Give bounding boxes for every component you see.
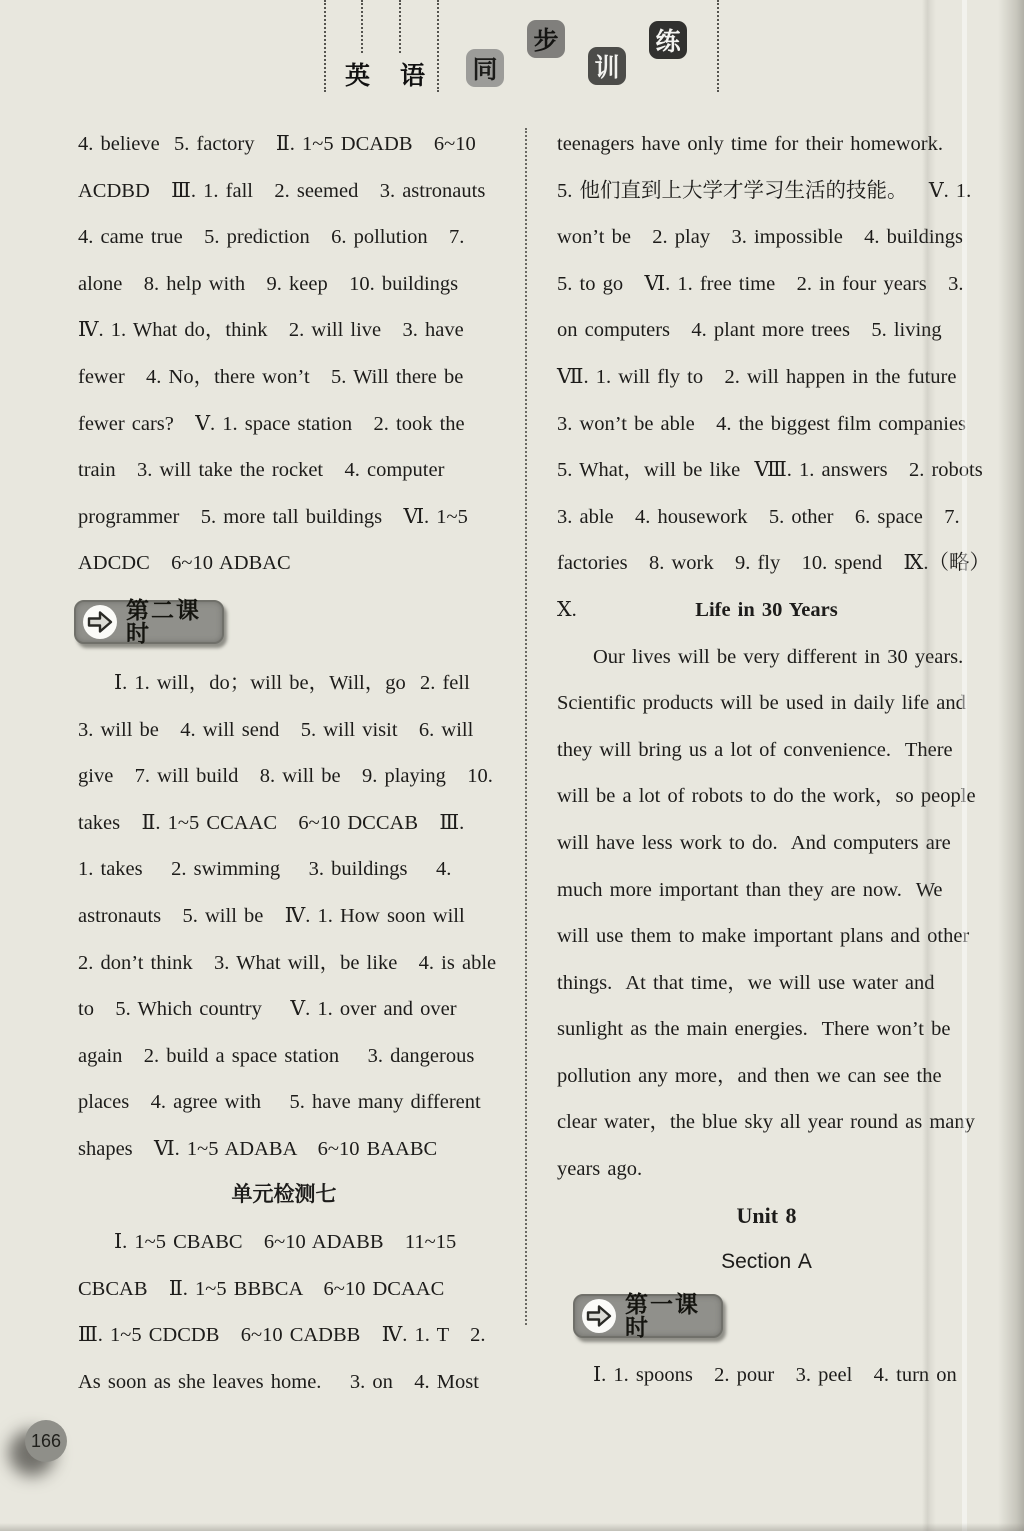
series-badge: 练: [649, 21, 687, 59]
answer-line: 3. will be 4. will send 5. will visit 6.…: [78, 707, 490, 754]
header-dotted-rule: [399, 0, 401, 53]
right-column-block-b: Ⅰ. 1. spoons 2. pour 3. peel 4. turn on: [557, 1352, 976, 1399]
answer-line: Ⅰ. 1. will，do；will be，Will，go 2. fell: [78, 660, 490, 707]
page-right-edge-shadow: [998, 0, 1024, 1531]
answer-line: astronauts 5. will be Ⅳ. 1. How soon wil…: [78, 893, 490, 940]
right-column: teenagers have only time for their homew…: [557, 121, 976, 1398]
page-crease: [922, 0, 936, 1531]
answer-line: fewer 4. No，there won’t 5. Will there be: [78, 354, 490, 401]
essay-title-text: Life in 30 Years: [695, 599, 837, 621]
series-badge: 训: [588, 47, 626, 85]
unit-test-heading: 单元检测七: [78, 1172, 490, 1219]
answer-line: alone 8. help with 9. keep 10. buildings: [78, 261, 490, 308]
series-badge: 步: [527, 20, 565, 58]
answer-line: 4. believe 5. factory Ⅱ. 1~5 DCADB 6~10: [78, 121, 490, 168]
series-badge: 同: [466, 49, 504, 87]
unit-heading: Unit 8: [557, 1193, 976, 1240]
arrow-right-icon: [581, 1298, 617, 1334]
answer-line: won’t be 2. play 3. impossible 4. buildi…: [557, 214, 976, 261]
answer-line: fewer cars? Ⅴ. 1. space station 2. took …: [78, 401, 490, 448]
lesson-1-badge: 第一课时: [573, 1294, 723, 1338]
page-crease-highlight: [962, 0, 967, 1531]
answer-line: sunlight as the main energies. There won…: [557, 1006, 976, 1053]
book-subject-title: 英 语: [345, 56, 425, 92]
lesson-2-badge-label: 第二课时: [126, 599, 222, 645]
page-bottom-edge-shadow: [0, 1523, 1024, 1531]
header-dotted-rule: [717, 0, 719, 92]
answer-line: 5. What，will be like Ⅷ. 1. answers 2. ro…: [557, 447, 976, 494]
answer-line: shapes Ⅵ. 1~5 ADABA 6~10 BAABC: [78, 1126, 490, 1173]
lesson-2-badge: 第二课时: [74, 600, 224, 644]
header-dotted-rule: [361, 0, 363, 53]
right-column-block-a: teenagers have only time for their homew…: [557, 121, 976, 1286]
answer-line: Ⅰ. 1~5 CBABC 6~10 ADABB 11~15: [78, 1219, 490, 1266]
answer-line: will have less work to do. And computers…: [557, 820, 976, 867]
essay-title: Ⅹ.Life in 30 Years: [557, 587, 976, 634]
answer-line: Our lives will be very different in 30 y…: [557, 634, 976, 681]
left-column-block-b: Ⅰ. 1. will，do；will be，Will，go 2. fell3. …: [78, 660, 490, 1406]
answer-line: teenagers have only time for their homew…: [557, 121, 976, 168]
answer-line: 2. don’t think 3. What will，be like 4. i…: [78, 940, 490, 987]
header-dotted-rule: [437, 0, 439, 92]
answer-line: ADCDC 6~10 ADBAC: [78, 540, 490, 587]
answer-line: ACDBD Ⅲ. 1. fall 2. seemed 3. astronauts: [78, 168, 490, 215]
answer-line: 3. able 4. housework 5. other 6. space 7…: [557, 494, 976, 541]
answer-line: Ⅰ. 1. spoons 2. pour 3. peel 4. turn on: [557, 1352, 976, 1399]
answer-line: takes Ⅱ. 1~5 CCAAC 6~10 DCCAB Ⅲ.: [78, 800, 490, 847]
lesson-1-badge-label: 第一课时: [625, 1293, 721, 1339]
answer-line: things. At that time，we will use water a…: [557, 960, 976, 1007]
answer-line: they will bring us a lot of convenience.…: [557, 727, 976, 774]
page-number: 166: [31, 1431, 61, 1452]
series-title-badges: 同步训练: [466, 20, 687, 58]
left-column-block-a: 4. believe 5. factory Ⅱ. 1~5 DCADB 6~10A…: [78, 121, 490, 587]
answer-line: 4. came true 5. prediction 6. pollution …: [78, 214, 490, 261]
section-heading: Section A: [557, 1239, 976, 1286]
page-number-badge: 166: [25, 1420, 67, 1462]
answer-line: will be a lot of robots to do the work，s…: [557, 773, 976, 820]
answer-line: Ⅳ. 1. What do，think 2. will live 3. have: [78, 307, 490, 354]
left-column: 4. believe 5. factory Ⅱ. 1~5 DCADB 6~10A…: [78, 121, 490, 1405]
answer-line: CBCAB Ⅱ. 1~5 BBBCA 6~10 DCAAC: [78, 1266, 490, 1313]
answer-line: places 4. agree with 5. have many differ…: [78, 1079, 490, 1126]
arrow-right-icon: [82, 604, 118, 640]
subject-char: 语: [400, 56, 425, 92]
answer-line: to 5. Which country Ⅴ. 1. over and over: [78, 986, 490, 1033]
answer-line: Scientific products will be used in dail…: [557, 680, 976, 727]
answer-line: 5. to go Ⅵ. 1. free time 2. in four year…: [557, 261, 976, 308]
answer-line: programmer 5. more tall buildings Ⅵ. 1~5: [78, 494, 490, 541]
roman-numeral-label: Ⅹ.: [557, 587, 577, 634]
answer-line: factories 8. work 9. fly 10. spend Ⅸ.（略）: [557, 540, 976, 587]
header-dotted-rule: [324, 0, 326, 92]
answer-line: much more important than they are now. W…: [557, 867, 976, 914]
answer-line: 1. takes 2. swimming 3. buildings 4.: [78, 846, 490, 893]
answer-line: Ⅶ. 1. will fly to 2. will happen in the …: [557, 354, 976, 401]
answer-line: train 3. will take the rocket 4. compute…: [78, 447, 490, 494]
answer-line: again 2. build a space station 3. danger…: [78, 1033, 490, 1080]
answer-line: give 7. will build 8. will be 9. playing…: [78, 753, 490, 800]
answer-line: 5. 他们直到上大学才学习生活的技能。 Ⅴ. 1.: [557, 168, 976, 215]
answer-line: 3. won’t be able 4. the biggest film com…: [557, 401, 976, 448]
answer-line: As soon as she leaves home. 3. on 4. Mos…: [78, 1359, 490, 1406]
subject-char: 英: [345, 56, 370, 92]
answer-line: years ago.: [557, 1146, 976, 1193]
answer-line: on computers 4. plant more trees 5. livi…: [557, 307, 976, 354]
column-divider: [525, 128, 527, 1325]
answer-line: will use them to make important plans an…: [557, 913, 976, 960]
answer-line: Ⅲ. 1~5 CDCDB 6~10 CADBB Ⅳ. 1. T 2.: [78, 1312, 490, 1359]
answer-line: clear water，the blue sky all year round …: [557, 1099, 976, 1146]
answer-line: pollution any more，and then we can see t…: [557, 1053, 976, 1100]
